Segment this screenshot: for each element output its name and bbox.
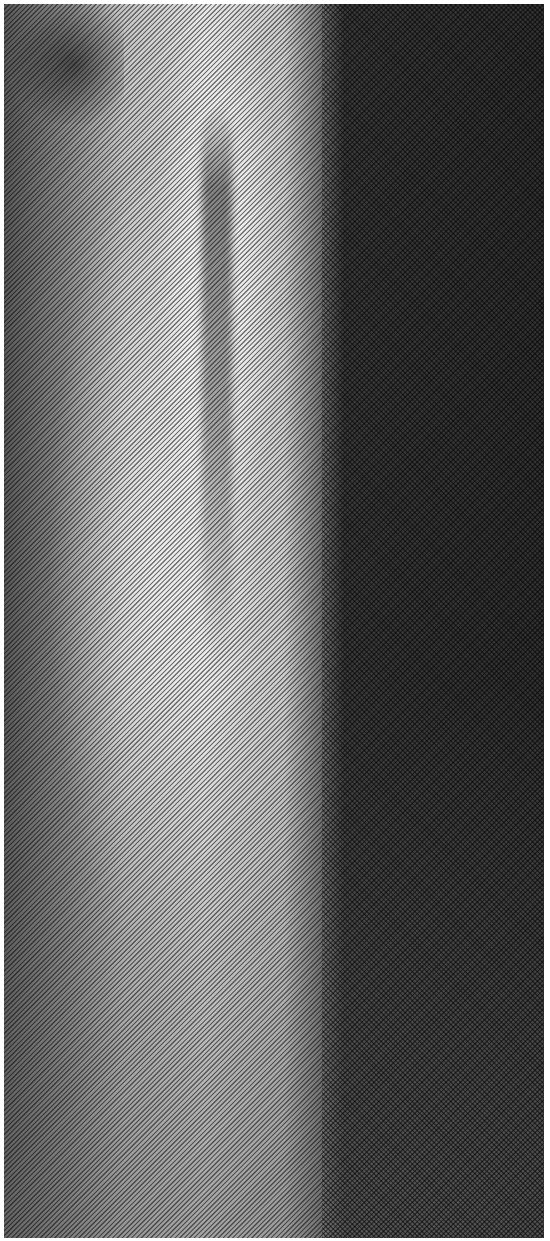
halftone-dot-screen: [322, 4, 544, 1238]
halftone-photograph: [4, 4, 544, 1238]
